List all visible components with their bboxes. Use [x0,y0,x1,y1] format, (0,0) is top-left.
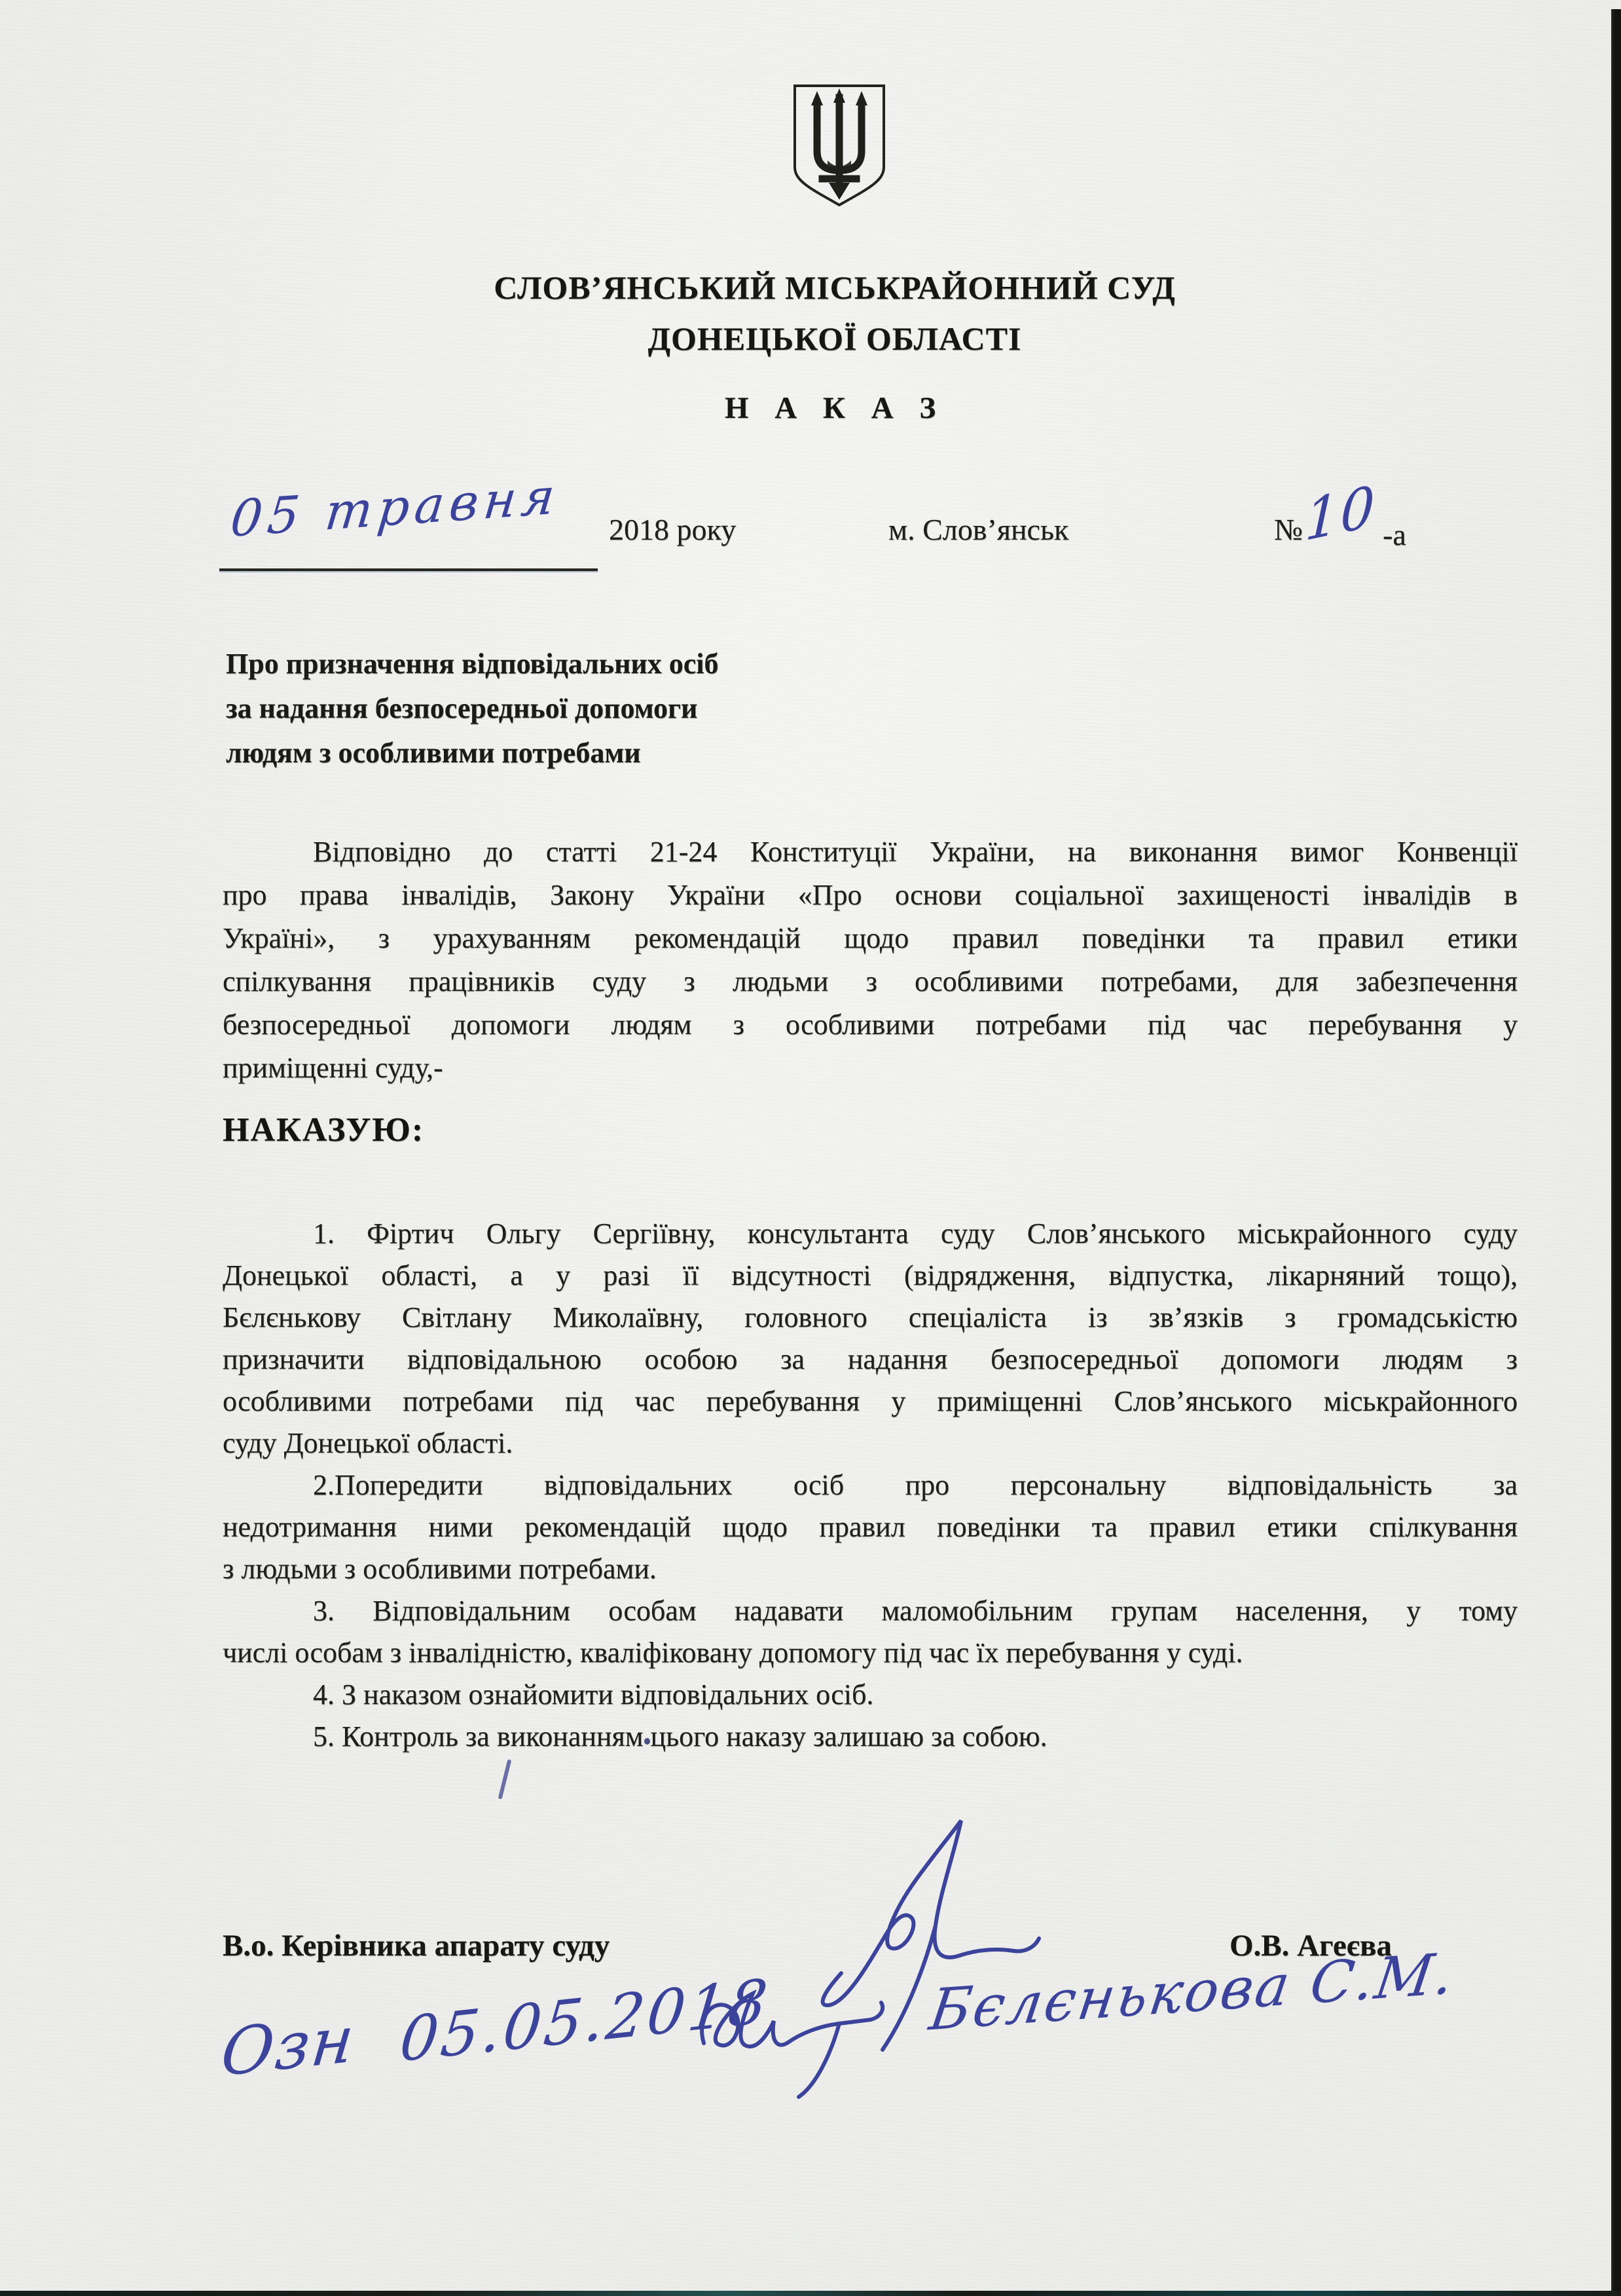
text-line: Бєлєнькову Світлану Миколаївну, головног… [223,1297,1518,1339]
text-line: з людьми з особливими потребами. [223,1548,1518,1590]
text-line: Відповідно до статті 21-24 Конституції У… [223,830,1518,874]
city-label: м. Слов’янськ [888,512,1068,547]
ukraine-trident-emblem [790,83,889,209]
preamble-paragraph: Відповідно до статті 21-24 Конституції У… [223,830,1518,1090]
number-suffix: -а [1383,517,1406,552]
text-line: недотримання ними рекомендацій щодо прав… [223,1506,1518,1548]
text-line: числі особам з інвалідністю, кваліфікова… [223,1632,1518,1674]
order-item-4: 4. З наказом ознайомити відповідальних о… [223,1674,1518,1716]
text-line: 2.Попередити відповідальних осіб про пер… [223,1464,1518,1506]
text-line: Україні», з урахуванням рекомендацій щод… [223,917,1518,960]
date-underline [219,568,598,571]
order-item-2: 2.Попередити відповідальних осіб про пер… [223,1464,1518,1590]
handwritten-date: 05 травня [228,466,563,548]
handwritten-ack-prefix: Озн [217,2001,358,2091]
text-line: 1. Фіртич Ольгу Сергіївну, консультанта … [223,1213,1518,1255]
order-item-3: 3. Відповідальним особам надавати маломо… [223,1590,1518,1674]
court-name-line2: ДОНЕЦЬКОЇ ОБЛАСТІ [196,313,1473,364]
text-line: 5. Контроль за виконанням цього наказу з… [223,1716,1518,1758]
handwritten-ack-signature [687,1952,923,2102]
order-item-1: 1. Фіртич Ольгу Сергіївну, консультанта … [223,1213,1518,1464]
text-line: суду Донецької області. [223,1422,1518,1464]
order-item-5: 5. Контроль за виконанням цього наказу з… [223,1716,1518,1758]
text-line: Донецької області, а у разі її відсутнос… [223,1255,1518,1297]
stray-ink-dot [644,1738,650,1745]
text-line: спілкування працівників суду з людьми з … [223,960,1518,1003]
text-line: приміщенні суду,- [223,1046,1518,1090]
year-label: 2018 року [609,512,736,547]
text-line: 4. З наказом ознайомити відповідальних о… [223,1674,1518,1716]
court-name-line1: СЛОВ’ЯНСЬКИЙ МІСЬКРАЙОННИЙ СУД [196,262,1473,313]
text-line: Про призначення відповідальних осіб [226,642,1142,686]
stray-pen-mark [498,1759,512,1800]
order-subject: Про призначення відповідальних осібза на… [226,642,1142,775]
number-sign: № [1274,512,1303,547]
signer-position-label: В.о. Керівника апарату суду [223,1928,610,1963]
text-line: про права інвалідів, Закону України «Про… [223,874,1518,917]
text-line: за надання безпосередньої допомоги [226,686,1142,731]
text-line: призначити відповідальною особою за нада… [223,1339,1518,1380]
text-line: 3. Відповідальним особам надавати маломо… [223,1590,1518,1632]
text-line: безпосередньої допомоги людям з особливи… [223,1003,1518,1046]
text-line: особливими потребами під час перебування… [223,1380,1518,1422]
court-name: СЛОВ’ЯНСЬКИЙ МІСЬКРАЙОННИЙ СУД ДОНЕЦЬКОЇ… [196,262,1473,364]
scan-right-edge [1611,9,1621,2296]
document-type-heading: Н А К А З [196,390,1473,426]
scanned-order-document: СЛОВ’ЯНСЬКИЙ МІСЬКРАЙОННИЙ СУД ДОНЕЦЬКОЇ… [0,0,1621,2296]
scan-bottom-edge [0,2291,1621,2296]
order-items: 1. Фіртич Ольгу Сергіївну, консультанта … [223,1213,1518,1758]
text-line: людям з особливими потребами [226,731,1142,775]
resolution-heading: НАКАЗУЮ: [223,1111,424,1149]
handwritten-order-number: 10 [1303,473,1377,554]
